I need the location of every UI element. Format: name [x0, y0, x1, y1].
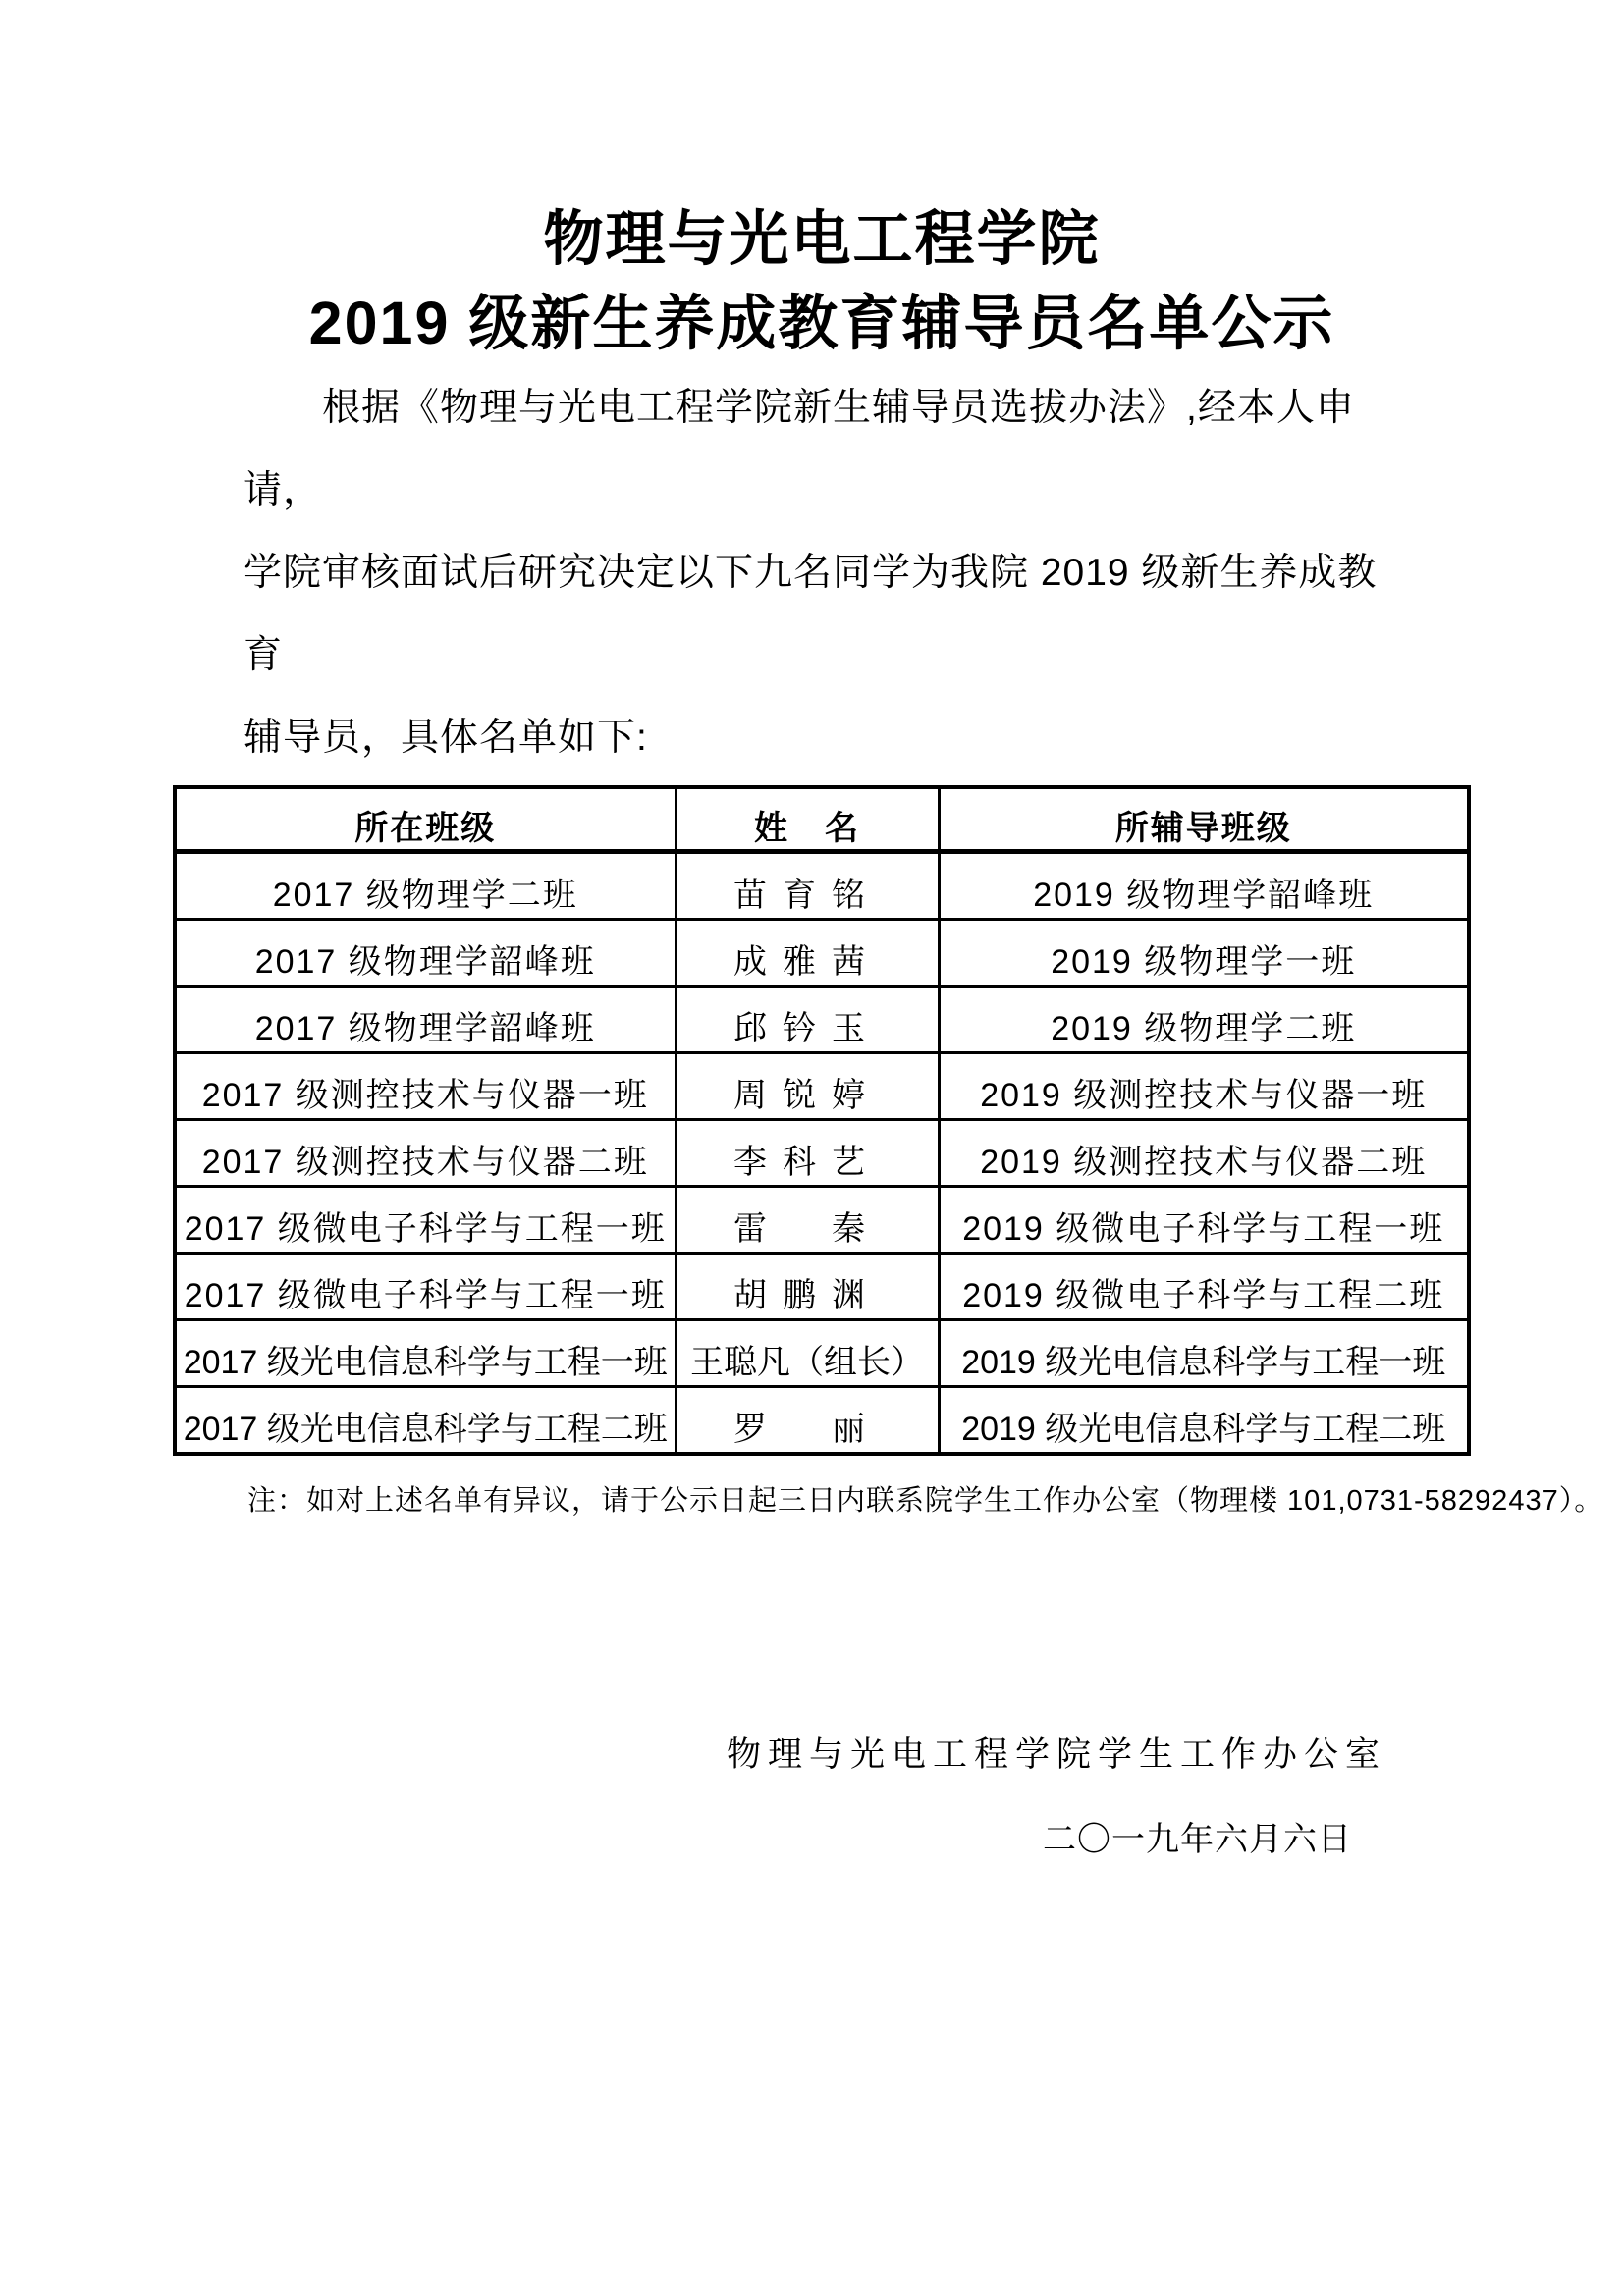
cell-advised-class: 2019 级物理学韶峰班 [939, 852, 1469, 920]
cell-current-class: 2017 级物理学韶峰班 [175, 987, 676, 1053]
table-row: 2017 级微电子科学与工程一班 雷 秦 2019 级微电子科学与工程一班 [175, 1187, 1469, 1254]
header-name: 姓 名 [676, 787, 939, 852]
cell-name: 王聪凡（组长） [676, 1320, 939, 1387]
cell-name: 罗 丽 [676, 1387, 939, 1455]
cell-advised-class: 2019 级光电信息科学与工程一班 [939, 1320, 1469, 1387]
cell-name: 邱钤玉 [676, 987, 939, 1053]
cell-name: 周锐婷 [676, 1053, 939, 1120]
table-row: 2017 级测控技术与仪器一班 周锐婷 2019 级测控技术与仪器一班 [175, 1053, 1469, 1120]
cell-name: 成雅茜 [676, 920, 939, 987]
cell-current-class: 2017 级光电信息科学与工程二班 [175, 1387, 676, 1455]
paragraph-line-3: 辅导员，具体名单如下: [244, 697, 1412, 779]
counselor-table: 所在班级 姓 名 所辅导班级 2017 级物理学二班 苗育铭 2019 级物理学… [173, 785, 1471, 1456]
cell-advised-class: 2019 级物理学一班 [939, 920, 1469, 987]
table-row: 2017 级物理学韶峰班 成雅茜 2019 级物理学一班 [175, 920, 1469, 987]
signature-date: 二〇一九年六月六日 [0, 1818, 1352, 1861]
cell-name: 雷 秦 [676, 1187, 939, 1254]
cell-current-class: 2017 级物理学韶峰班 [175, 920, 676, 987]
table-header-row: 所在班级 姓 名 所辅导班级 [175, 787, 1469, 852]
cell-current-class: 2017 级测控技术与仪器一班 [175, 1053, 676, 1120]
header-current-class: 所在班级 [175, 787, 676, 852]
table-row: 2017 级测控技术与仪器二班 李科艺 2019 级测控技术与仪器二班 [175, 1120, 1469, 1187]
cell-advised-class: 2019 级测控技术与仪器一班 [939, 1053, 1469, 1120]
cell-advised-class: 2019 级微电子科学与工程一班 [939, 1187, 1469, 1254]
cell-name: 李科艺 [676, 1120, 939, 1187]
cell-advised-class: 2019 级微电子科学与工程二班 [939, 1254, 1469, 1320]
cell-current-class: 2017 级测控技术与仪器二班 [175, 1120, 676, 1187]
table-row: 2017 级微电子科学与工程一班 胡鹏渊 2019 级微电子科学与工程二班 [175, 1254, 1469, 1320]
cell-advised-class: 2019 级光电信息科学与工程二班 [939, 1387, 1469, 1455]
cell-current-class: 2017 级物理学二班 [175, 852, 676, 920]
cell-current-class: 2017 级微电子科学与工程一班 [175, 1254, 676, 1320]
table-row: 2017 级物理学韶峰班 邱钤玉 2019 级物理学二班 [175, 987, 1469, 1053]
cell-advised-class: 2019 级物理学二班 [939, 987, 1469, 1053]
cell-current-class: 2017 级光电信息科学与工程一班 [175, 1320, 676, 1387]
header-advised-class: 所辅导班级 [939, 787, 1469, 852]
intro-paragraph: 根据《物理与光电工程学院新生辅导员选拔办法》,经本人申请， 学院审核面试后研究决… [244, 367, 1412, 779]
table-row: 2017 级物理学二班 苗育铭 2019 级物理学韶峰班 [175, 852, 1469, 920]
cell-advised-class: 2019 级测控技术与仪器二班 [939, 1120, 1469, 1187]
cell-name: 胡鹏渊 [676, 1254, 939, 1320]
table-row: 2017 级光电信息科学与工程一班 王聪凡（组长） 2019 级光电信息科学与工… [175, 1320, 1469, 1387]
document-title-line1: 物理与光电工程学院 [0, 204, 1624, 273]
document-title-line2: 2019 级新生养成教育辅导员名单公示 [0, 289, 1624, 357]
table-row: 2017 级光电信息科学与工程二班 罗 丽 2019 级光电信息科学与工程二班 [175, 1387, 1469, 1455]
cell-current-class: 2017 级微电子科学与工程一班 [175, 1187, 676, 1254]
signature-office: 物理与光电工程学院学生工作办公室 [0, 1734, 1386, 1777]
paragraph-line-1: 根据《物理与光电工程学院新生辅导员选拔办法》,经本人申请， [244, 367, 1412, 532]
document-page: 物理与光电工程学院 2019 级新生养成教育辅导员名单公示 根据《物理与光电工程… [0, 0, 1624, 2296]
paragraph-line-2: 学院审核面试后研究决定以下九名同学为我院 2019 级新生养成教育 [244, 532, 1412, 697]
footnote: 注：如对上述名单有异议，请于公示日起三日内联系院学生工作办公室（物理楼 101,… [247, 1484, 1624, 1518]
cell-name: 苗育铭 [676, 852, 939, 920]
